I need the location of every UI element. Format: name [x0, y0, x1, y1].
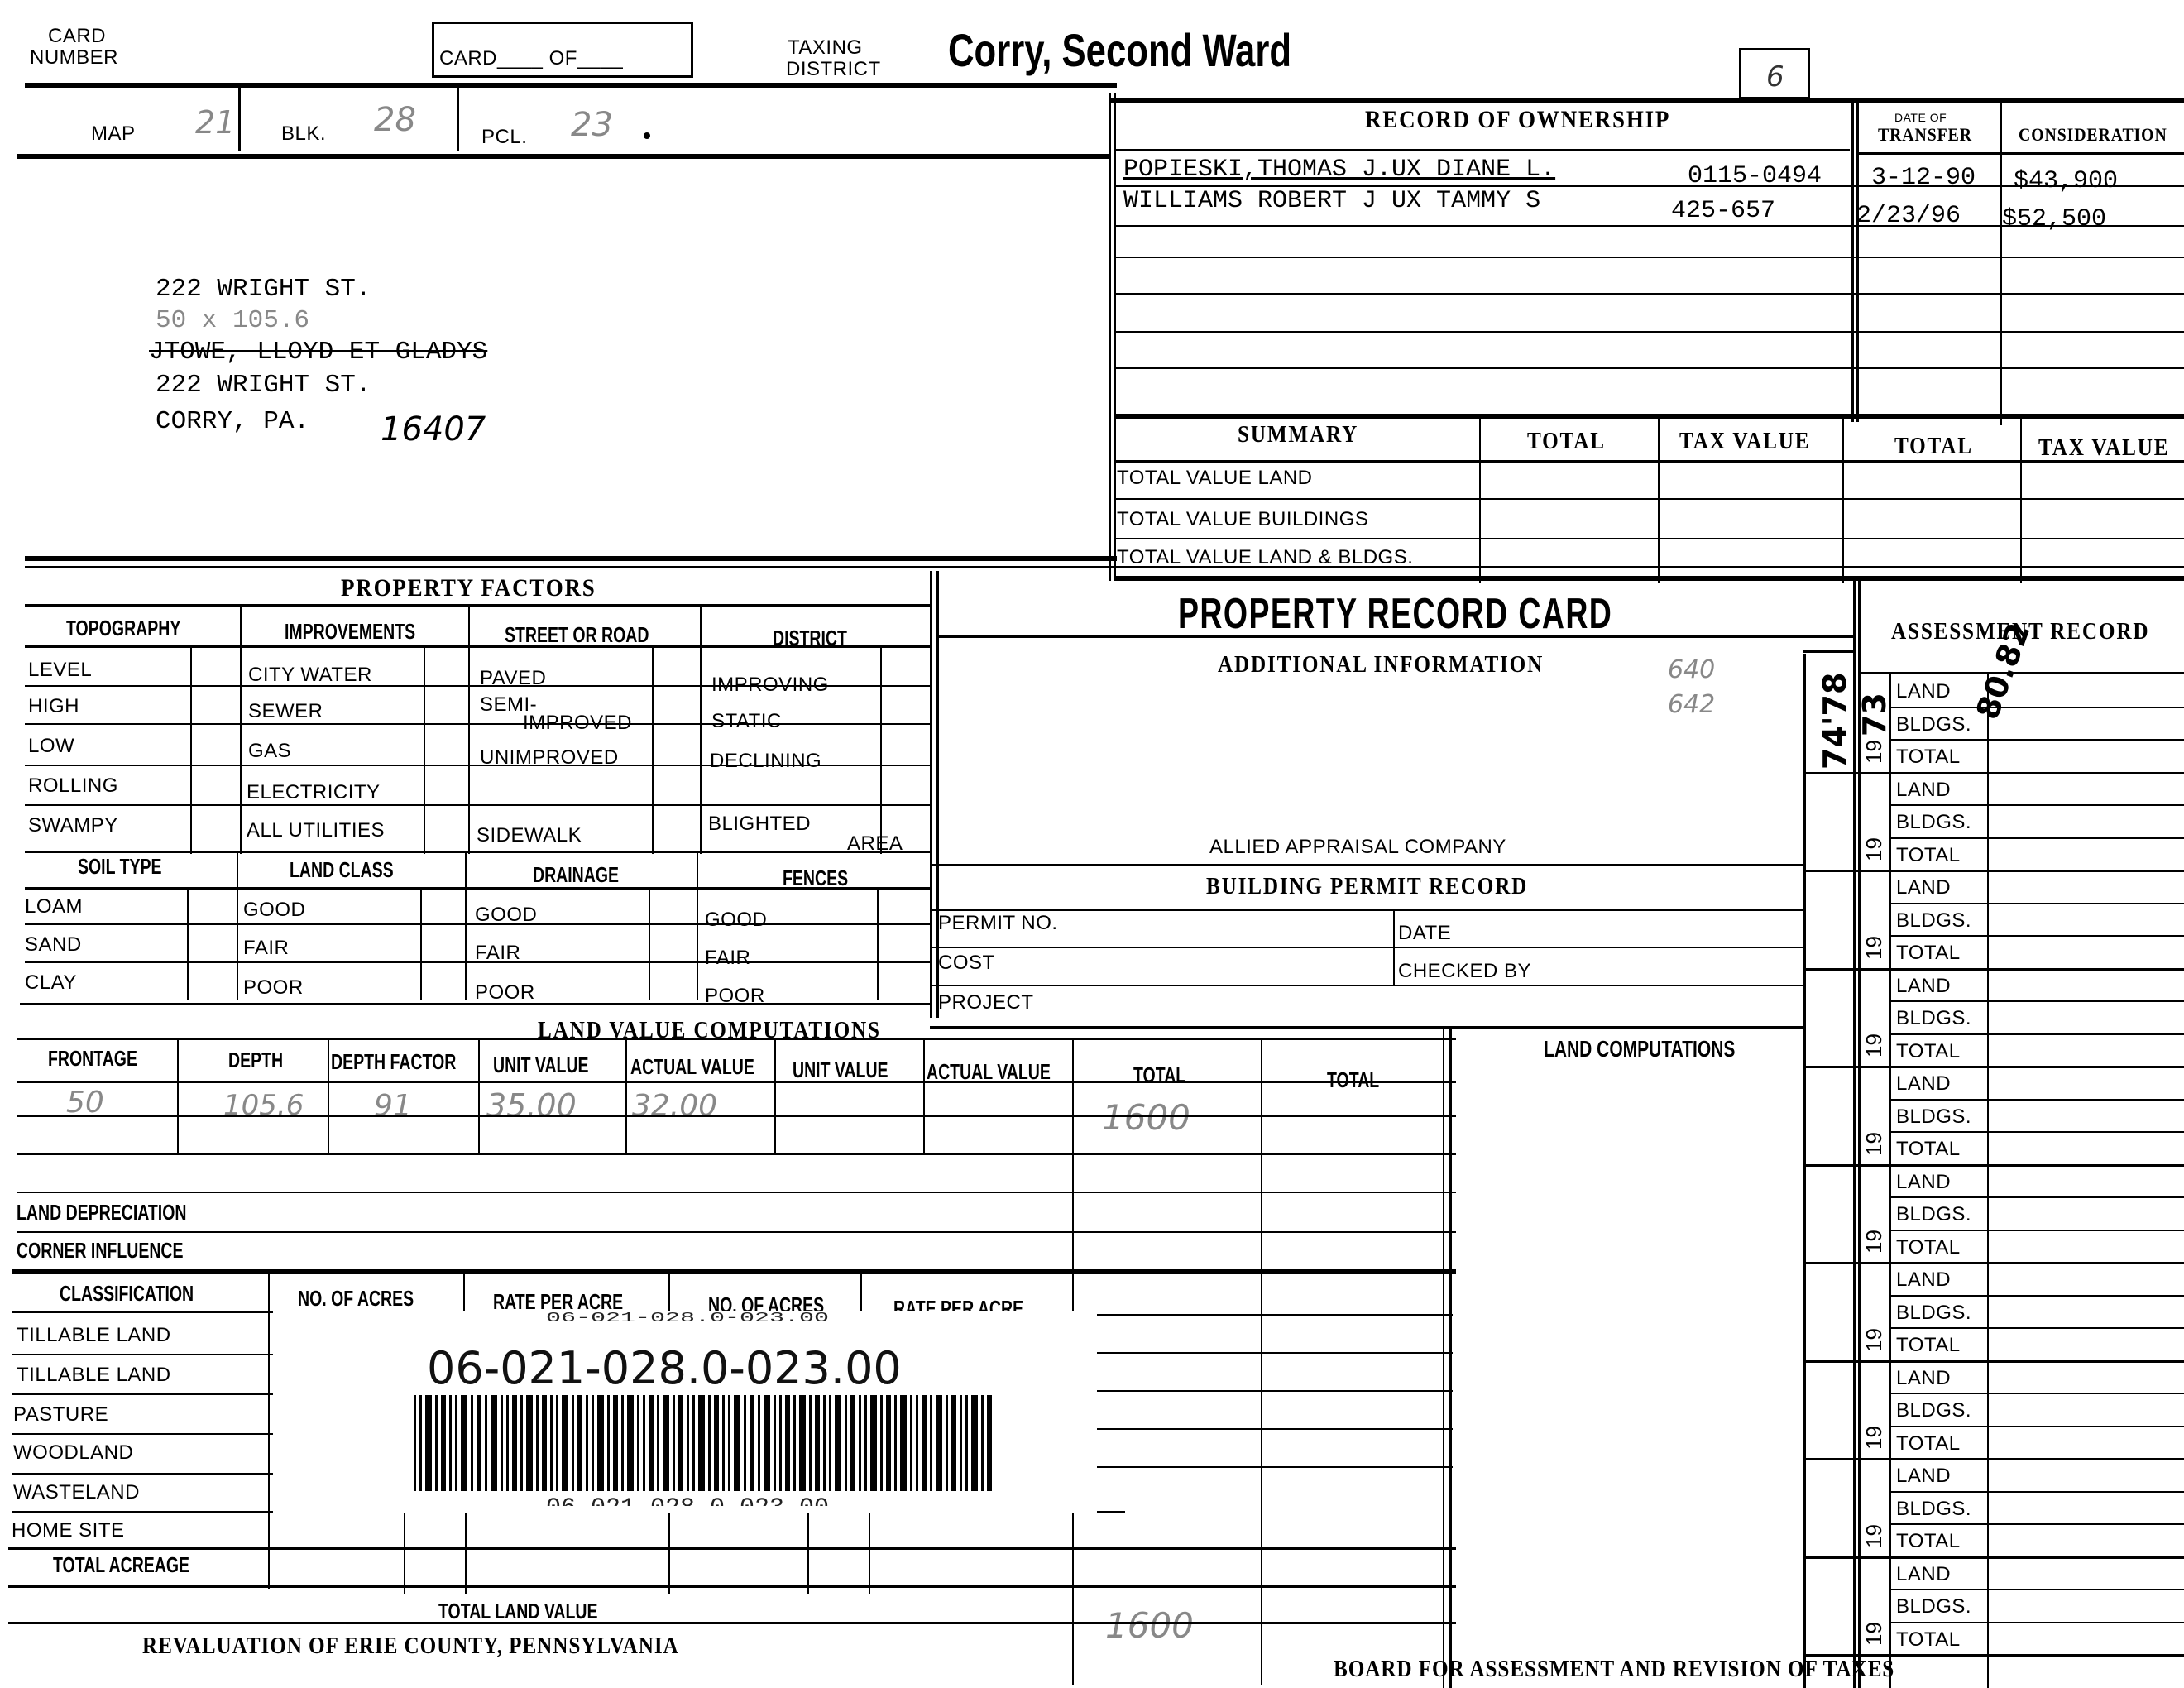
map-value[interactable]: 21: [195, 104, 235, 141]
summary-total2-header: TOTAL: [1894, 434, 1973, 460]
assessment-row-land: LAND: [1896, 779, 1951, 802]
assessment-row-bldgs: BLDGS.: [1896, 811, 1971, 834]
assessment-row-total: TOTAL: [1896, 942, 1961, 965]
impr-all-utilities: ALL UTILITIES: [247, 819, 385, 842]
divider: [2000, 103, 2002, 425]
land-class-fair: FAIR: [243, 937, 289, 960]
divider: [1803, 1360, 2184, 1363]
divider: [930, 985, 1805, 986]
address-line2: 222 WRIGHT ST.: [156, 371, 371, 400]
divider: [668, 1511, 670, 1594]
divider: [930, 909, 1805, 911]
divider: [1097, 1428, 1453, 1430]
divider: [328, 1039, 329, 1155]
summary-row-buildings: TOTAL VALUE BUILDINGS: [1117, 508, 1368, 531]
assessment-row-bldgs: BLDGS.: [1896, 713, 1971, 736]
divider: [877, 889, 879, 1000]
divider: [465, 1511, 467, 1594]
city-state: CORRY, PA.: [156, 407, 309, 436]
divider: [1853, 579, 1856, 1688]
divider: [1114, 331, 2184, 333]
divider: [930, 1026, 1805, 1029]
divider: [1803, 1262, 2184, 1264]
divider: [1987, 674, 1989, 1688]
divider: [468, 606, 470, 854]
consideration: $43,900: [2014, 167, 2118, 195]
divider: [190, 647, 192, 854]
divider: [478, 1039, 480, 1155]
divider: [1889, 1393, 2184, 1394]
lv-depth: 105.6: [223, 1089, 304, 1122]
land-class-header: LAND CLASS: [290, 857, 394, 883]
barcode-icon: [414, 1395, 1057, 1491]
year-prefix: 19: [1861, 837, 1887, 861]
topo-low: LOW: [28, 735, 74, 758]
divider: [12, 1354, 301, 1355]
divider: [1803, 1164, 2184, 1167]
stamp-74-78: 74'78: [1817, 673, 1853, 770]
permit-cost-label: COST: [938, 952, 995, 975]
topo-swampy: SWAMPY: [28, 814, 118, 837]
pcl-value[interactable]: 23: [571, 106, 613, 144]
barcode-handwritten-id: 06-021-028.0-023.00: [427, 1342, 902, 1394]
divider: [1443, 1026, 1444, 1688]
assessment-row-bldgs: BLDGS.: [1896, 1595, 1971, 1618]
total-land-value-hand: 1600: [1105, 1605, 1194, 1646]
assessment-row-total: TOTAL: [1896, 1236, 1961, 1259]
district-static: STATIC: [711, 710, 782, 733]
assessment-row-bldgs: BLDGS.: [1896, 1203, 1971, 1226]
drainage-poor: POOR: [475, 981, 535, 1005]
divider: [652, 647, 654, 854]
divider: [1097, 1390, 1453, 1392]
divider: [424, 647, 425, 854]
assessment-row-land: LAND: [1896, 975, 1951, 998]
divider: [880, 647, 882, 854]
record-card-title: PROPERTY RECORD CARD: [1178, 589, 1612, 639]
lv-actual-value: 32.00: [632, 1089, 717, 1123]
divider: [25, 645, 932, 648]
taxing-district-line1: TAXING: [788, 36, 863, 60]
divider: [930, 571, 932, 1018]
divider: [1479, 417, 1481, 583]
district-declining: DECLINING: [710, 750, 821, 773]
assessment-row-total: TOTAL: [1896, 1432, 1961, 1455]
assessment-row-land: LAND: [1896, 1072, 1951, 1096]
divider: [1889, 674, 1891, 1688]
divider: [420, 889, 422, 1000]
owner-name: WILLIAMS ROBERT J UX TAMMY S: [1123, 187, 1540, 215]
land-depreciation-label: LAND DEPRECIATION: [17, 1200, 186, 1225]
divider: [25, 804, 932, 806]
assessment-row-total: TOTAL: [1896, 746, 1961, 769]
divider: [17, 1038, 1456, 1040]
assessment-row-bldgs: BLDGS.: [1896, 1498, 1971, 1521]
divider: [457, 84, 459, 151]
prior-owner-struck: JTOWE, LLOYD ET GLADYS: [149, 338, 487, 367]
year-prefix: 19: [1861, 1328, 1887, 1352]
year-prefix: 19: [1861, 1622, 1887, 1646]
lv-total: 1600: [1102, 1097, 1190, 1138]
divider: [807, 1511, 809, 1594]
divider: [774, 1039, 776, 1155]
pcl-label: PCL.: [481, 126, 527, 149]
lv-header-depth: DEPTH: [228, 1048, 283, 1073]
divider: [1114, 93, 1116, 581]
permit-checked-by-label: CHECKED BY: [1398, 960, 1531, 983]
divider: [25, 887, 932, 890]
divider: [25, 566, 2184, 568]
topo-level: LEVEL: [28, 659, 92, 682]
assessment-row-bldgs: BLDGS.: [1896, 1399, 1971, 1422]
divider: [238, 84, 241, 151]
divider: [2020, 417, 2022, 583]
additional-info-title: ADDITIONAL INFORMATION: [1218, 652, 1544, 679]
divider: [1856, 152, 2184, 155]
divider: [1114, 367, 2184, 369]
divider: [1889, 1099, 2184, 1101]
divider: [25, 83, 1117, 88]
barcode-label: 06-021-028.0-023.00 06-021-028.0-023.00 …: [273, 1311, 1097, 1513]
divider: [649, 889, 650, 1000]
summary-tax-value2-header: TAX VALUE: [2038, 435, 2169, 462]
divider: [12, 1393, 301, 1395]
assessment-row-total: TOTAL: [1896, 1628, 1961, 1652]
divider: [17, 154, 1109, 159]
topo-high: HIGH: [28, 695, 79, 718]
divider: [8, 1622, 1456, 1624]
divider: [1889, 804, 2184, 806]
divider: [1097, 1352, 1453, 1354]
assessment-row-land: LAND: [1896, 1171, 1951, 1194]
card-index-box: 6: [1739, 48, 1810, 99]
improvements-header: IMPROVEMENTS: [285, 619, 415, 645]
divider: [1889, 935, 2184, 937]
street-road-header: STREET OR ROAD: [505, 622, 649, 648]
lv-header-unit-value-2: UNIT VALUE: [793, 1057, 888, 1083]
barcode-bottom-text: 06-021-028.0-023.00: [546, 1494, 829, 1506]
divider: [936, 571, 939, 1018]
additional-note-2: 642: [1668, 690, 1715, 719]
divider: [1114, 225, 2184, 227]
divider: [1889, 1295, 2184, 1297]
class-row-wasteland: WASTELAND: [13, 1481, 140, 1504]
divider: [12, 1269, 1456, 1274]
divider: [1114, 414, 2184, 419]
divider: [1803, 772, 2184, 774]
card-number-line1: CARD: [48, 25, 106, 48]
class-row-woodland: WOODLAND: [13, 1441, 133, 1465]
assessment-row-total: TOTAL: [1896, 1334, 1961, 1357]
summary-total-header: TOTAL: [1527, 429, 1606, 455]
assessment-row-bldgs: BLDGS.: [1896, 1105, 1971, 1129]
assessment-row-total: TOTAL: [1896, 1040, 1961, 1063]
transfer-date: 3-12-90: [1871, 164, 1976, 192]
card-number-line2: NUMBER: [30, 46, 118, 70]
divider: [869, 1511, 870, 1594]
card-index-value: 6: [1766, 60, 1784, 94]
divider: [1449, 1026, 1452, 1688]
divider: [8, 1585, 1456, 1588]
fences-good: GOOD: [705, 909, 767, 932]
assessment-row-land: LAND: [1896, 1465, 1951, 1488]
footer-right: BOARD FOR ASSESSMENT AND REVISION OF TAX…: [1334, 1657, 1894, 1683]
divider: [1889, 1622, 2184, 1623]
divider: [1842, 417, 1844, 583]
lv-header-actual-value: ACTUAL VALUE: [630, 1054, 754, 1080]
street-sidewalk: SIDEWALK: [477, 824, 582, 847]
divider: [1803, 1556, 2184, 1559]
divider: [700, 606, 702, 854]
summary-row-land: TOTAL VALUE LAND: [1117, 467, 1313, 490]
soil-loam: LOAM: [25, 895, 83, 918]
divider: [1889, 707, 2184, 708]
consideration-header: CONSIDERATION: [2019, 124, 2167, 146]
divider: [625, 1039, 627, 1155]
divider: [1114, 149, 1850, 151]
lv-unit-value: 35.00: [486, 1087, 577, 1124]
total-acreage-label: TOTAL ACREAGE: [53, 1552, 189, 1578]
drainage-header: DRAINAGE: [533, 862, 619, 888]
topography-header: TOPOGRAPHY: [66, 616, 180, 641]
divider: [25, 923, 932, 925]
assessment-row-total: TOTAL: [1896, 844, 1961, 867]
taxing-district-value: Corry, Second Ward: [948, 23, 1291, 77]
fences-fair: FAIR: [705, 947, 750, 970]
taxing-district-line2: DISTRICT: [786, 58, 881, 81]
decimal-dot: [644, 132, 650, 139]
divider: [1803, 968, 2184, 971]
divider: [17, 1115, 1456, 1117]
divider: [25, 685, 932, 687]
soil-clay: CLAY: [25, 971, 77, 995]
divider: [17, 1231, 1456, 1233]
divider: [1114, 498, 2184, 500]
divider: [1889, 1589, 2184, 1590]
lv-header-frontage: FRONTAGE: [48, 1046, 137, 1072]
summary-tax-value-header: TAX VALUE: [1679, 429, 1810, 455]
divider: [187, 889, 189, 1000]
divider: [1097, 1314, 1453, 1316]
divider: [1889, 1523, 2184, 1525]
divider: [12, 1433, 301, 1435]
assessment-row-bldgs: BLDGS.: [1896, 1007, 1971, 1030]
divider: [1889, 1033, 2184, 1035]
divider: [12, 1311, 301, 1313]
divider: [1889, 837, 2184, 839]
divider: [25, 961, 932, 963]
address-line1: 222 WRIGHT ST.: [156, 275, 371, 304]
year-prefix: 19: [1861, 1524, 1887, 1548]
corner-influence-label: CORNER INFLUENCE: [17, 1238, 184, 1264]
owner-name: POPIESKI,THOMAS J.UX DIANE L.: [1123, 156, 1555, 184]
assessment-row-land: LAND: [1896, 1563, 1951, 1586]
divider: [17, 1153, 1456, 1155]
assessment-row-bldgs: BLDGS.: [1896, 1302, 1971, 1325]
divider: [1889, 1426, 2184, 1427]
divider: [463, 1274, 465, 1311]
land-class-poor: POOR: [243, 976, 304, 1000]
divider: [268, 1274, 270, 1589]
land-class-good: GOOD: [243, 899, 305, 922]
divider: [1856, 99, 1859, 422]
divider: [930, 864, 1805, 866]
date-of-label: DATE OF: [1894, 111, 1947, 124]
class-row-tillable: TILLABLE LAND: [17, 1324, 171, 1347]
divider: [1261, 1039, 1262, 1685]
divider: [697, 852, 698, 1000]
permit-no-label: PERMIT NO.: [938, 912, 1058, 935]
divider: [930, 947, 1805, 948]
assessment-row-land: LAND: [1896, 1367, 1951, 1390]
blk-value[interactable]: 28: [374, 101, 416, 139]
class-row-pasture: PASTURE: [13, 1403, 108, 1427]
permit-title: BUILDING PERMIT RECORD: [1206, 874, 1528, 900]
divider: [1889, 739, 2184, 741]
year-prefix: 19: [1861, 1426, 1887, 1450]
divider: [1803, 1066, 2184, 1068]
summary-title: SUMMARY: [1238, 422, 1358, 448]
year-prefix: 19: [1861, 1132, 1887, 1156]
year-prefix: 19: [1861, 936, 1887, 960]
divider: [25, 604, 932, 607]
map-label: MAP: [91, 122, 136, 146]
divider: [1114, 576, 2184, 581]
divider: [923, 1039, 925, 1155]
divider: [1109, 93, 1111, 581]
lv-header-depth-factor: DEPTH FACTOR: [331, 1049, 456, 1075]
lv-frontage: 50: [66, 1086, 104, 1120]
divider: [240, 606, 242, 854]
footer-left: REVALUATION OF ERIE COUNTY, PENNSYLVANIA: [142, 1633, 679, 1660]
card-of-label: CARD____ OF____: [439, 47, 623, 70]
divider: [8, 1547, 1456, 1550]
lv-depth-factor: 91: [374, 1089, 412, 1123]
impr-city-water: CITY WATER: [248, 664, 372, 687]
divider: [1109, 98, 2184, 103]
permit-date-label: DATE: [1398, 922, 1451, 945]
class-header-acres: NO. OF ACRES: [298, 1286, 414, 1312]
divider: [25, 851, 932, 853]
divider: [1889, 1196, 2184, 1198]
impr-sewer: SEWER: [248, 700, 323, 723]
lv-header-total: TOTAL: [1133, 1062, 1185, 1088]
divider: [1889, 1491, 2184, 1493]
divider: [1858, 579, 1861, 1688]
assessment-row-land: LAND: [1896, 1268, 1951, 1292]
lot-size: 50 x 105.6: [156, 306, 309, 335]
divider: [1851, 99, 1854, 422]
impr-electricity: ELECTRICITY: [247, 781, 381, 804]
divider: [1889, 1327, 2184, 1329]
divider: [1889, 1230, 2184, 1231]
property-factors-title: PROPERTY FACTORS: [341, 574, 596, 602]
divider: [1803, 654, 1806, 1688]
divider: [237, 852, 238, 1000]
barcode-top-text: 06-021-028.0-023.00: [546, 1311, 829, 1326]
divider: [1889, 903, 2184, 904]
divider: [17, 1081, 1456, 1083]
district-blighted: BLIGHTED: [708, 813, 811, 836]
total-land-value-label: TOTAL LAND VALUE: [438, 1599, 597, 1624]
deed-book: 425-657: [1671, 197, 1775, 225]
year-prefix: 19: [1861, 740, 1887, 764]
assessment-row-bldgs: BLDGS.: [1896, 909, 1971, 933]
divider: [1114, 460, 2184, 463]
divider: [860, 1274, 862, 1311]
soil-sand: SAND: [25, 933, 82, 957]
ownership-title: RECORD OF OWNERSHIP: [1365, 106, 1670, 134]
divider: [1803, 1458, 2184, 1460]
topo-rolling: ROLLING: [28, 774, 118, 798]
divider: [1114, 293, 2184, 295]
transfer-header: TRANSFER: [1878, 124, 1972, 146]
divider: [25, 556, 1117, 561]
divider: [17, 1192, 1456, 1193]
divider: [404, 1511, 405, 1594]
land-computations-title: LAND COMPUTATIONS: [1544, 1036, 1735, 1062]
divider: [25, 765, 932, 766]
divider: [1114, 257, 2184, 258]
divider: [12, 1473, 301, 1475]
assessment-row-land: LAND: [1896, 876, 1951, 899]
assessment-row-land: LAND: [1896, 680, 1951, 703]
assessment-row-total: TOTAL: [1896, 1138, 1961, 1161]
stamp-73: 73: [1856, 693, 1893, 736]
divider: [20, 1003, 930, 1005]
divider: [25, 723, 932, 725]
assessment-row-total: TOTAL: [1896, 1530, 1961, 1553]
divider: [1803, 650, 1856, 653]
divider: [938, 635, 1856, 638]
divider: [1803, 870, 2184, 872]
consideration: $52,500: [2002, 205, 2106, 233]
divider: [465, 852, 467, 1000]
soil-type-header: SOIL TYPE: [78, 854, 162, 880]
impr-gas: GAS: [248, 740, 291, 763]
lv-header-unit-value: UNIT VALUE: [493, 1053, 589, 1078]
divider: [1889, 1131, 2184, 1133]
divider: [1097, 1466, 1453, 1468]
divider: [177, 1039, 179, 1155]
divider: [1889, 1000, 2184, 1002]
class-row-tillable-2: TILLABLE LAND: [17, 1364, 171, 1387]
card-of-box[interactable]: CARD____ OF____: [432, 22, 693, 78]
divider: [668, 1274, 670, 1311]
zip-code: 16407: [381, 410, 486, 448]
blk-label: BLK.: [281, 122, 326, 146]
divider: [1114, 538, 2184, 539]
divider: [1658, 417, 1660, 583]
year-prefix: 19: [1861, 1230, 1887, 1254]
land-value-title: LAND VALUE COMPUTATIONS: [538, 1018, 881, 1044]
permit-project-label: PROJECT: [938, 991, 1034, 1014]
class-row-home-site: HOME SITE: [12, 1519, 125, 1542]
additional-note-1: 640: [1668, 655, 1715, 684]
year-prefix: 19: [1861, 1033, 1887, 1057]
classification-header: CLASSIFICATION: [60, 1281, 194, 1307]
company-name: ALLIED APPRAISAL COMPANY: [1209, 836, 1506, 859]
